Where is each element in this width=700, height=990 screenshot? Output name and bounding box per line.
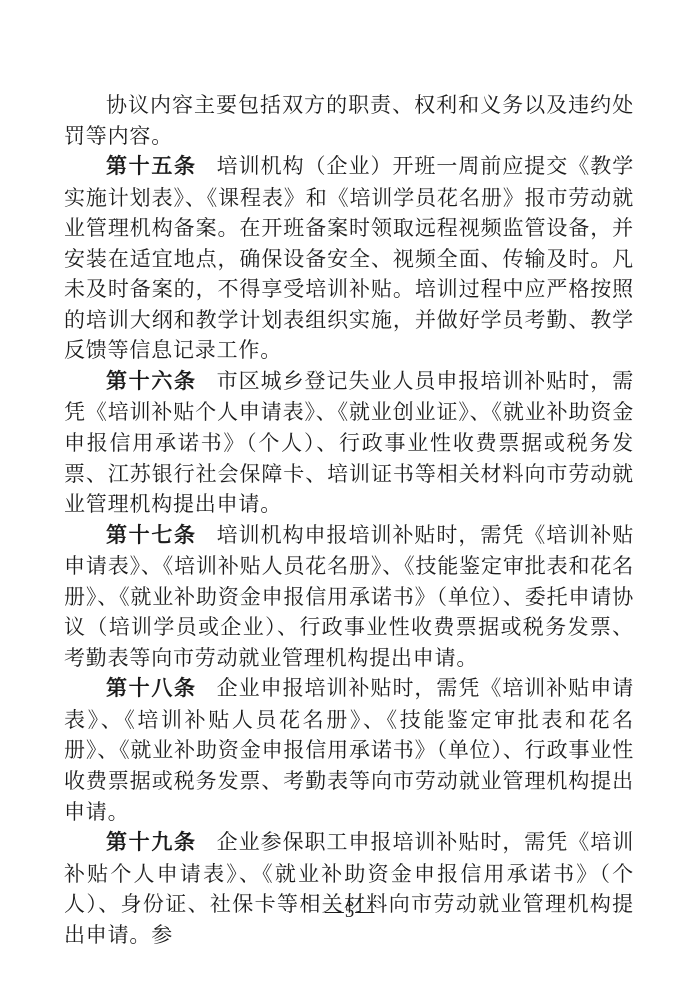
article-16-number: 第十六条 [106, 370, 197, 393]
paragraph-article-18: 第十八条企业申报培训补贴时，需凭《培训补贴申请表》、《培训补贴人员花名册》、《技… [64, 673, 634, 827]
paragraph-article-19: 第十九条企业参保职工申报培训补贴时，需凭《培训补贴个人申请表》、《就业补助资金申… [64, 827, 634, 950]
paragraph-article-17: 第十七条培训机构申报培训补贴时，需凭《培训补贴申请表》、《培训补贴人员花名册》、… [64, 520, 634, 674]
paragraph-text: 协议内容主要包括双方的职责、权利和义务以及违约处罚等内容。 [64, 93, 634, 148]
document-body: 协议内容主要包括双方的职责、权利和义务以及违约处罚等内容。 第十五条培训机构（企… [64, 90, 634, 950]
document-page: 协议内容主要包括双方的职责、权利和义务以及违约处罚等内容。 第十五条培训机构（企… [0, 0, 700, 990]
article-19-number: 第十九条 [106, 831, 197, 854]
paragraph-text: 培训机构（企业）开班一周前应提交《教学实施计划表》、《课程表》和《培训学员花名册… [64, 154, 634, 362]
paragraph-article-15: 第十五条培训机构（企业）开班一周前应提交《教学实施计划表》、《课程表》和《培训学… [64, 151, 634, 366]
paragraph-intro: 协议内容主要包括双方的职责、权利和义务以及违约处罚等内容。 [64, 90, 634, 151]
article-18-number: 第十八条 [106, 677, 197, 700]
article-17-number: 第十七条 [106, 524, 197, 547]
paragraph-article-16: 第十六条市区城乡登记失业人员申报培训补贴时，需凭《培训补贴个人申请表》、《就业创… [64, 366, 634, 520]
article-15-number: 第十五条 [106, 155, 197, 178]
page-number: —5— [0, 899, 700, 925]
